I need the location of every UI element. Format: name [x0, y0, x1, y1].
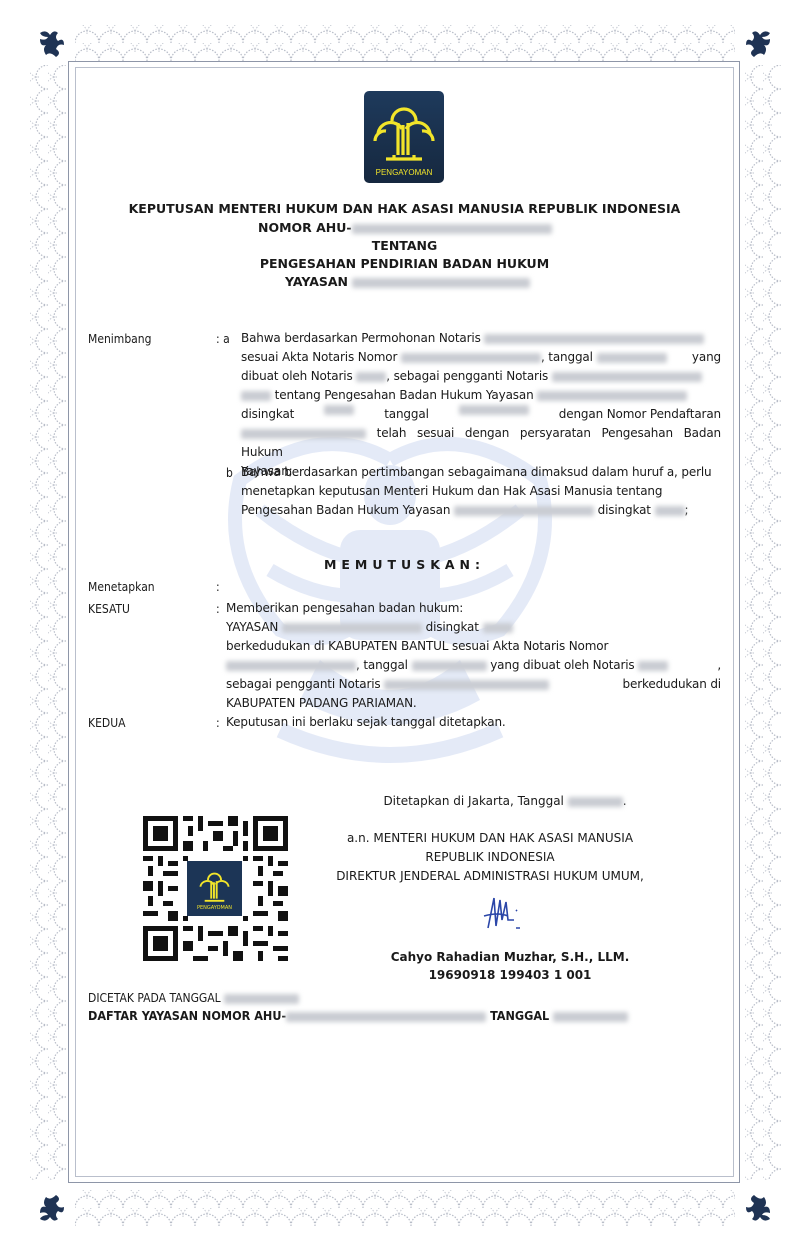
- memutuskan-heading: MEMUTUSKAN:: [0, 557, 809, 572]
- corner-ornament-icon: [742, 27, 774, 59]
- kesatu-label: KESATU: [88, 602, 130, 616]
- kedua-sep: :: [216, 716, 220, 730]
- kesatu-text: Memberikan pengesahan badan hukum: YAYAS…: [226, 599, 721, 713]
- menimbang-a-text: Bahwa berdasarkan Permohonan Notaris ses…: [241, 329, 721, 481]
- pengayoman-tree-icon: [372, 97, 436, 163]
- menimbang-label: Menimbang: [88, 332, 152, 346]
- menetapkan-label: Menetapkan: [88, 580, 155, 594]
- decree-title: KEPUTUSAN MENTERI HUKUM DAN HAK ASASI MA…: [0, 201, 809, 216]
- signatory-nip: 19690918 199403 1 001: [340, 966, 680, 985]
- menetapkan-sep: :: [216, 580, 220, 594]
- top-scallop-border: [75, 25, 735, 61]
- left-scallop-border: [30, 65, 66, 1180]
- signatory-name: Cahyo Rahadian Muzhar, S.H., LLM.: [340, 948, 680, 967]
- kesatu-sep: :: [216, 602, 220, 616]
- menimbang-b-text: Bahwa berdasarkan pertimbangan sebagaima…: [241, 463, 721, 520]
- bottom-scallop-border: [75, 1190, 735, 1226]
- corner-ornament-icon: [36, 1193, 68, 1225]
- handwritten-signature-icon: [478, 890, 528, 940]
- menimbang-sep-a: : a: [216, 332, 230, 346]
- printed-date: DICETAK PADA TANGGAL: [88, 991, 299, 1005]
- pengayoman-tree-icon: [197, 867, 232, 903]
- kedua-text: Keputusan ini berlaku sejak tanggal dite…: [226, 713, 721, 732]
- ministry-emblem-logo: PENGAYOMAN: [364, 91, 444, 183]
- decree-subject: PENGESAHAN PENDIRIAN BADAN HUKUM: [0, 256, 809, 271]
- decree-number: NOMOR AHU-: [258, 220, 552, 235]
- right-scallop-border: [745, 65, 781, 1180]
- corner-ornament-icon: [36, 27, 68, 59]
- emblem-label: PENGAYOMAN: [364, 168, 444, 177]
- qr-emblem-logo: PENGAYOMAN: [187, 861, 242, 916]
- corner-ornament-icon: [742, 1193, 774, 1225]
- signature-on-behalf: a.n. MENTERI HUKUM DAN HAK ASASI MANUSIA…: [320, 829, 660, 886]
- signature-place-date: Ditetapkan di Jakarta, Tanggal .: [355, 792, 655, 811]
- register-number: DAFTAR YAYASAN NOMOR AHU- TANGGAL: [88, 1008, 628, 1023]
- menimbang-sep-b: b: [226, 466, 233, 480]
- kedua-label: KEDUA: [88, 716, 126, 730]
- decree-tentang: TENTANG: [0, 238, 809, 253]
- qr-emblem-label: PENGAYOMAN: [187, 905, 242, 911]
- decree-yayasan: YAYASAN: [285, 274, 530, 289]
